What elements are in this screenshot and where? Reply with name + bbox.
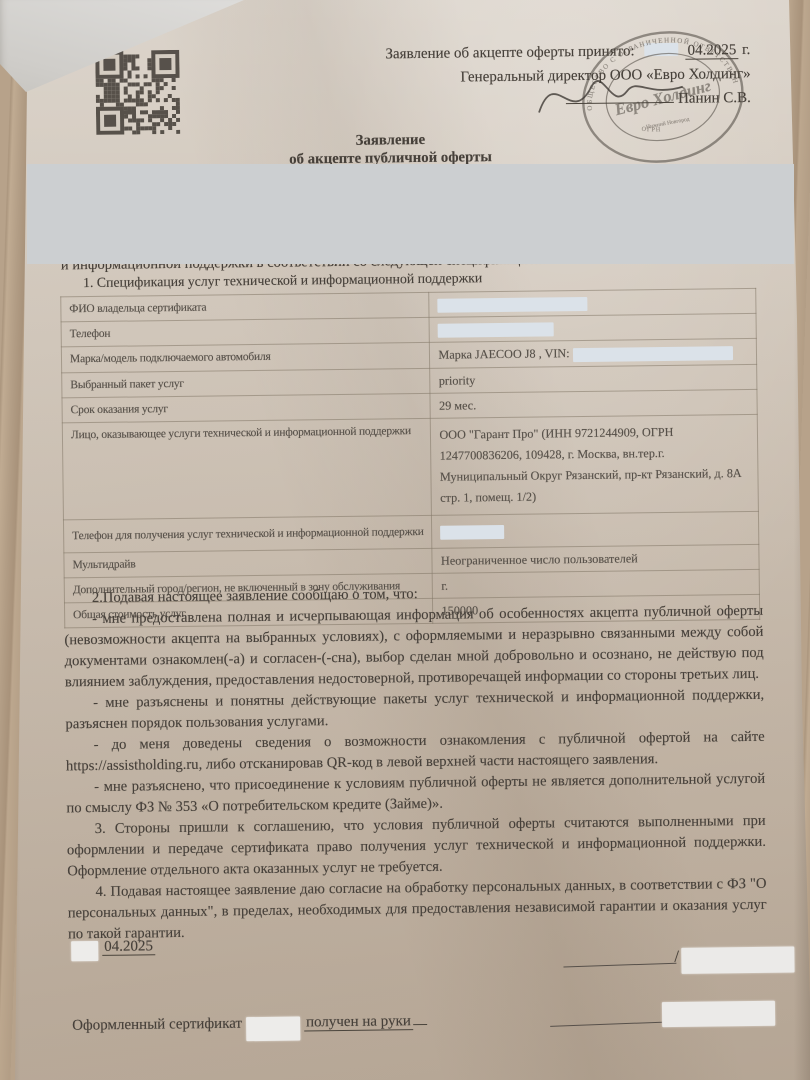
accept-line-text: Заявление об акцепте оферты принято: (385, 43, 634, 62)
row-value: ООО "Гарант Про" (ИНН 9721244909, ОГРН 1… (431, 414, 759, 515)
signature-slash: / (674, 947, 679, 967)
redaction-box-large (27, 164, 794, 264)
cert-prefix: Оформленный сертификат (72, 1016, 242, 1034)
signature-rule (563, 963, 676, 968)
footer-cert-line: Оформленный сертификатполучен на руки (72, 1010, 427, 1038)
paragraph-4: 4. Подавая настоящее заявление даю согла… (67, 874, 767, 946)
table-row: Лицо, оказывающее услуги технической и и… (62, 414, 758, 519)
spec-table: ФИО владельца сертификата Телефон Марка/… (60, 288, 760, 628)
document-content: Заявление об акцепте оферты принято:04.2… (0, 0, 810, 1080)
photo-background: Заявление об акцепте оферты принято:04.2… (0, 0, 810, 1080)
cert-underline-tail (413, 1012, 427, 1025)
accept-suffix: г. (742, 42, 750, 58)
row-value (432, 511, 759, 548)
redaction-box (662, 1001, 775, 1027)
row-value-text: Марка JAECOO J8 , VIN: (438, 347, 569, 363)
cert-suffix: получен на руки (304, 1014, 413, 1032)
signature-underline (566, 88, 674, 104)
paragraph-3: 3. Стороны пришли к соглашению, что усло… (67, 811, 767, 883)
body-paragraphs: 2.Подавая настоящее заявление сообщаю о … (64, 580, 767, 946)
row-label: Лицо, оказывающее услуги технической и и… (62, 418, 432, 519)
signature-rule (550, 1022, 662, 1027)
footer-date: 04.2025 (102, 939, 155, 957)
bullet-item: - мне предоставлена полная и исчерпывающ… (64, 601, 764, 694)
redaction-box (438, 323, 554, 338)
qr-code (95, 50, 180, 135)
redaction-box (246, 1017, 300, 1042)
accept-date: 04.2025 (685, 42, 738, 60)
header-signature-line: Панин С.В. (386, 86, 751, 114)
footer-date-line: 04.2025 (71, 937, 155, 958)
redaction-box (71, 941, 98, 961)
redaction-box (681, 946, 794, 973)
director-name: Панин С.В. (678, 90, 751, 107)
redaction-box (438, 297, 588, 313)
row-label: Телефон для получения услуг технической … (63, 515, 432, 552)
redaction-box (644, 43, 678, 56)
redaction-box (441, 525, 505, 540)
redaction-box (573, 346, 733, 362)
header-block: Заявление об акцепте оферты принято:04.2… (385, 38, 751, 114)
